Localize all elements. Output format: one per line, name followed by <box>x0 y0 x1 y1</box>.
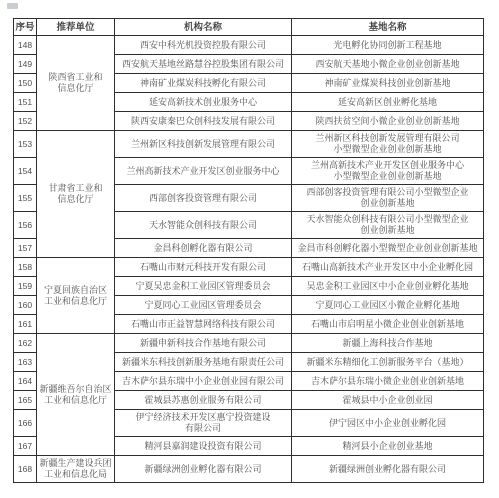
cell-serial-number: 155 <box>14 185 37 212</box>
base-list-table: 序号 推荐单位 机构名称 基地名称 148 陕西省工业和 信息化厅 西安中科光机… <box>13 18 484 483</box>
cell-org-name: 宁夏同心工业园区管理委员会 <box>115 296 292 315</box>
cell-org-name: 精河县嘉润建设投资有限公司 <box>115 437 292 456</box>
col-header-serial-number: 序号 <box>14 19 37 36</box>
cell-base-name: 兰州新区科技创新发展管理有限公司 小型微型企业创业创新基地 <box>292 131 484 158</box>
cell-org-name: 天水智能众创科技有限公司 <box>115 212 292 239</box>
cell-serial-number: 152 <box>14 112 37 131</box>
cell-org-name: 新疆申新科技合作基地有限公司 <box>115 334 292 353</box>
cell-org-name: 石嘴山市财元科技开发有限公司 <box>115 258 292 277</box>
table-row: 148 陕西省工业和 信息化厅 西安中科光机投资控股有限公司 光电孵化协同创新工… <box>14 36 484 55</box>
cell-recommending-unit: 新疆生产建设兵团 工业和信息化局 <box>37 456 115 483</box>
cell-serial-number: 158 <box>14 258 37 277</box>
table-row: 158 宁夏回族自治区 工业和信息化厅 石嘴山市财元科技开发有限公司 石嘴山高新… <box>14 258 484 277</box>
cell-base-name: 新疆米东精细化工创新服务平台（基地） <box>292 353 484 372</box>
cell-serial-number: 149 <box>14 55 37 74</box>
cell-base-name: 精河县小企业创业基地 <box>292 437 484 456</box>
cell-base-name: 金昌市科创孵化器小型微型企业创业创新基地 <box>292 239 484 258</box>
cell-org-name: 吉木萨尔县东瑞中小企业创业园有限公司 <box>115 372 292 391</box>
cell-org-name: 陕西安康秦巴众创科技发展有限公司 <box>115 112 292 131</box>
cell-org-name: 神南矿业煤炭科技孵化有限公司 <box>115 74 292 93</box>
cell-serial-number: 157 <box>14 239 37 258</box>
cell-base-name: 新疆绿洲创业孵化器有限公司 <box>292 456 484 483</box>
cell-serial-number: 150 <box>14 74 37 93</box>
cell-serial-number: 164 <box>14 372 37 391</box>
cell-base-name: 石嘴山高新技术产业开发区中小企业孵化园 <box>292 258 484 277</box>
cell-serial-number: 153 <box>14 131 37 158</box>
cell-base-name: 延安高新区创业孵化基地 <box>292 93 484 112</box>
cell-base-name: 兰州高新技术产业开发区创业服务中心 小型微型企业创业创新基地 <box>292 158 484 185</box>
cell-org-name: 新疆绿洲创业孵化器有限公司 <box>115 456 292 483</box>
cell-serial-number: 161 <box>14 315 37 334</box>
cell-org-name: 宁夏吴忠金积工业园区管理委员会 <box>115 277 292 296</box>
cell-recommending-unit: 甘肃省工业和 信息化厅 <box>37 131 115 258</box>
table-row: 153 甘肃省工业和 信息化厅 兰州新区科技创新发展管理有限公司 兰州新区科技创… <box>14 131 484 158</box>
cell-org-name: 新疆米东科技创新服务基地有限责任公司 <box>115 353 292 372</box>
cell-serial-number: 154 <box>14 158 37 185</box>
cell-base-name: 神南矿业煤炭科技创业创新基地 <box>292 74 484 93</box>
cell-base-name: 陕西扶贫空间小微企业创业创新基地 <box>292 112 484 131</box>
cell-org-name: 延安高新技术创业服务中心 <box>115 93 292 112</box>
cell-org-name: 伊宁经济技术开发区惠宁投资建设 有限公司 <box>115 410 292 437</box>
cell-base-name: 西部创客投资管理有限公司小型微型企业 创业创新基地 <box>292 185 484 212</box>
cell-org-name: 兰州高新技术产业开发区创业服务中心 <box>115 158 292 185</box>
cell-base-name: 光电孵化协同创新工程基地 <box>292 36 484 55</box>
cell-serial-number: 151 <box>14 93 37 112</box>
cell-serial-number: 165 <box>14 391 37 410</box>
cell-serial-number: 148 <box>14 36 37 55</box>
cell-org-name: 西部创客投资管理有限公司 <box>115 185 292 212</box>
cell-base-name: 西安航天基地小微企业创业创新基地 <box>292 55 484 74</box>
cell-base-name: 霍城县中小企业创业园 <box>292 391 484 410</box>
col-header-recommending-unit: 推荐单位 <box>37 19 115 36</box>
cell-base-name: 石嘴山市启明星小微企业创业创新基地 <box>292 315 484 334</box>
table-row: 162 新疆维吾尔自治区 工业和信息化厅 新疆申新科技合作基地有限公司 新疆上海… <box>14 334 484 353</box>
cell-serial-number: 163 <box>14 353 37 372</box>
table-header-row: 序号 推荐单位 机构名称 基地名称 <box>14 19 484 36</box>
cell-base-name: 天水智能众创科技有限公司小型微型企业 创业创新基地 <box>292 212 484 239</box>
cell-serial-number: 160 <box>14 296 37 315</box>
cell-org-name: 兰州新区科技创新发展管理有限公司 <box>115 131 292 158</box>
cell-serial-number: 168 <box>14 456 37 483</box>
cell-org-name: 西安航天基地丝路慧谷控股集团有限公司 <box>115 55 292 74</box>
cell-serial-number: 159 <box>14 277 37 296</box>
cell-org-name: 霍城县苏惠创业服务有限公司 <box>115 391 292 410</box>
cell-org-name: 金昌科创孵化器有限公司 <box>115 239 292 258</box>
cell-serial-number: 162 <box>14 334 37 353</box>
scan-corner-mark <box>7 3 18 9</box>
cell-recommending-unit: 陕西省工业和 信息化厅 <box>37 36 115 131</box>
table-row: 168 新疆生产建设兵团 工业和信息化局 新疆绿洲创业孵化器有限公司 新疆绿洲创… <box>14 456 484 483</box>
cell-org-name: 石嘴山市正益智慧网络科技有限公司 <box>115 315 292 334</box>
cell-serial-number: 166 <box>14 410 37 437</box>
cell-recommending-unit: 新疆维吾尔自治区 工业和信息化厅 <box>37 334 115 456</box>
cell-base-name: 吉木萨尔县东瑞小微企业创业创新基地 <box>292 372 484 391</box>
col-header-org-name: 机构名称 <box>115 19 292 36</box>
cell-org-name: 西安中科光机投资控股有限公司 <box>115 36 292 55</box>
cell-base-name: 吴忠金积工业园区中小企业创业孵化基地 <box>292 277 484 296</box>
cell-serial-number: 167 <box>14 437 37 456</box>
cell-base-name: 新疆上海科技合作基地 <box>292 334 484 353</box>
col-header-base-name: 基地名称 <box>292 19 484 36</box>
cell-base-name: 伊宁园区中小企业创业孵化园 <box>292 410 484 437</box>
cell-recommending-unit: 宁夏回族自治区 工业和信息化厅 <box>37 258 115 334</box>
cell-base-name: 宁夏同心工业园区小微企业孵化基地 <box>292 296 484 315</box>
cell-serial-number: 156 <box>14 212 37 239</box>
